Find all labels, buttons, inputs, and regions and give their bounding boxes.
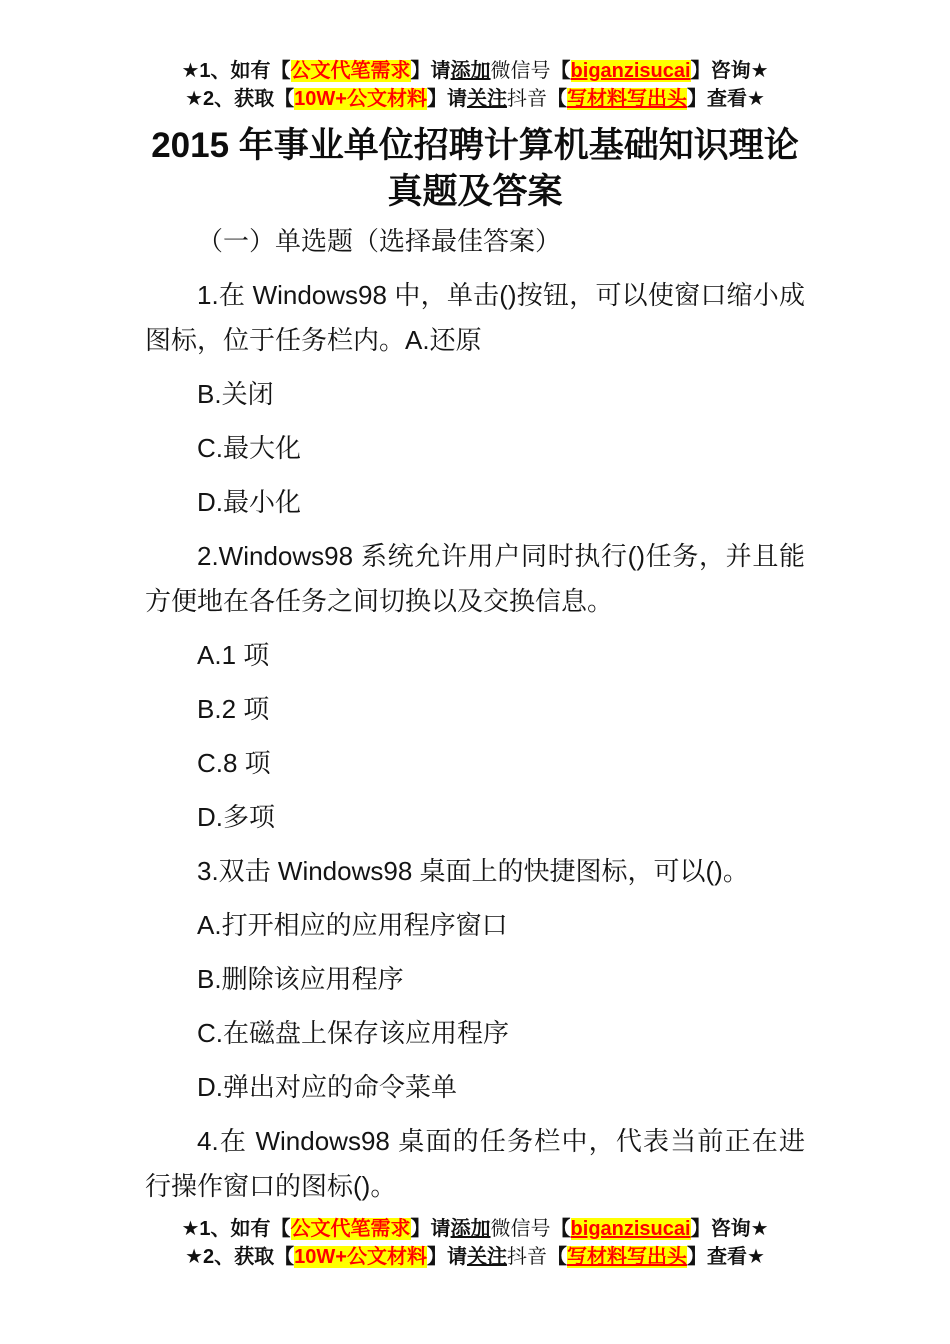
promo-text: 】咨询★	[691, 1218, 769, 1240]
promo-text: 】请	[411, 1218, 451, 1240]
option-text: C.在磁盘上保存该应用程序	[145, 1011, 805, 1056]
promo-text: 】咨询★	[691, 60, 769, 82]
promo-text: 【	[551, 60, 571, 82]
promo-text: 】请	[427, 88, 467, 110]
promo-action-text: 添加	[451, 1218, 491, 1240]
highlight-material-name: 10W+公文材料	[294, 88, 427, 110]
document-title: 2015 年事业单位招聘计算机基础知识理论真题及答案	[145, 123, 805, 215]
promo-action-text: 关注	[467, 88, 507, 110]
option-text: A.打开相应的应用程序窗口	[145, 903, 805, 948]
question-text: 1.在 Windows98 中，单击()按钮，可以使窗口缩小成图标，位于任务栏内…	[145, 273, 805, 363]
option-text: D.最小化	[145, 480, 805, 525]
promo-text: 【	[551, 1218, 571, 1240]
document-body: （一）单选题（选择最佳答案） 1.在 Windows98 中，单击()按钮，可以…	[145, 219, 805, 1209]
promo-action-text: 关注	[467, 1246, 507, 1268]
promo-banner-bottom: ★1、如有【公文代笔需求】请添加微信号【biganzisucai】咨询★ ★2、…	[0, 1215, 950, 1271]
question-text: 2.Windows98 系统允许用户同时执行()任务，并且能方便地在各任务之间切…	[145, 534, 805, 624]
option-text: A.1 项	[145, 633, 805, 678]
wechat-id: biganzisucai	[571, 1218, 691, 1240]
section-heading: （一）单选题（选择最佳答案）	[145, 219, 805, 264]
promo-banner-top: ★1、如有【公文代笔需求】请添加微信号【biganzisucai】咨询★ ★2、…	[0, 0, 950, 113]
promo-text: 】请	[411, 60, 451, 82]
promo-text: 】请	[427, 1246, 467, 1268]
promo-text: 微信号	[491, 1218, 551, 1240]
promo-text: 微信号	[491, 60, 551, 82]
promo-line-2: ★2、获取【10W+公文材料】请关注抖音【写材料写出头】查看★	[0, 1243, 950, 1271]
option-text: B.删除该应用程序	[145, 957, 805, 1002]
wechat-id: biganzisucai	[571, 60, 691, 82]
promo-text: 抖音	[507, 1246, 547, 1268]
promo-text: ★2、获取【	[185, 1246, 294, 1268]
promo-line-1: ★1、如有【公文代笔需求】请添加微信号【biganzisucai】咨询★	[0, 1215, 950, 1243]
option-text: C.最大化	[145, 426, 805, 471]
promo-line-2: ★2、获取【10W+公文材料】请关注抖音【写材料写出头】查看★	[0, 85, 950, 113]
promo-text: 】查看★	[687, 1246, 765, 1268]
option-text: D.弹出对应的命令菜单	[145, 1065, 805, 1110]
promo-text: 【	[547, 1246, 567, 1268]
promo-text: 】查看★	[687, 88, 765, 110]
document-page: ★1、如有【公文代笔需求】请添加微信号【biganzisucai】咨询★ ★2、…	[0, 0, 950, 1344]
promo-text: ★1、如有【	[181, 60, 290, 82]
question-text: 4.在 Windows98 桌面的任务栏中，代表当前正在进行操作窗口的图标()。	[145, 1119, 805, 1209]
promo-line-1: ★1、如有【公文代笔需求】请添加微信号【biganzisucai】咨询★	[0, 57, 950, 85]
option-text: D.多项	[145, 795, 805, 840]
highlight-service-name: 公文代笔需求	[291, 60, 411, 82]
option-text: B.关闭	[145, 372, 805, 417]
highlight-material-name: 10W+公文材料	[294, 1246, 427, 1268]
promo-text: ★1、如有【	[181, 1218, 290, 1240]
question-list: 1.在 Windows98 中，单击()按钮，可以使窗口缩小成图标，位于任务栏内…	[145, 273, 805, 1209]
promo-text: 【	[547, 88, 567, 110]
douyin-account-name: 写材料写出头	[567, 1246, 687, 1268]
option-text: B.2 项	[145, 687, 805, 732]
option-text: C.8 项	[145, 741, 805, 786]
douyin-account-name: 写材料写出头	[567, 88, 687, 110]
promo-action-text: 添加	[451, 60, 491, 82]
question-text: 3.双击 Windows98 桌面上的快捷图标，可以()。	[145, 849, 805, 894]
highlight-service-name: 公文代笔需求	[291, 1218, 411, 1240]
promo-text: ★2、获取【	[185, 88, 294, 110]
promo-text: 抖音	[507, 88, 547, 110]
